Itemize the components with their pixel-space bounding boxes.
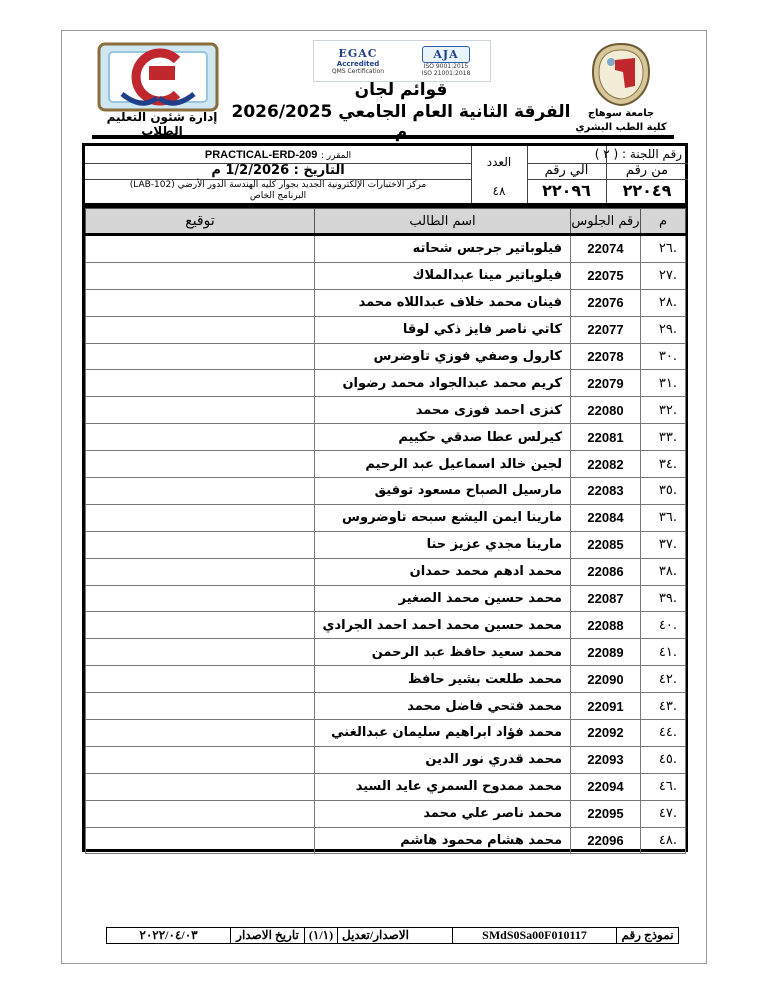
signature-cell[interactable] xyxy=(86,666,315,693)
col-header-signature: توقيع xyxy=(86,209,315,235)
to-label: الي رقم xyxy=(527,163,606,179)
seat-number: 22080 xyxy=(571,397,641,424)
table-row: .٢٩22077كاتي ناصر فايز ذكي لوقا xyxy=(86,316,686,343)
signature-cell[interactable] xyxy=(86,397,315,424)
row-index: .٢٧ xyxy=(641,262,686,289)
egac-logo-icon: EGAC Accredited QMS Certification xyxy=(314,41,402,81)
student-name: محمد ناصر علي محمد xyxy=(315,800,571,827)
row-index: .٤٨ xyxy=(641,827,686,854)
student-name: فيلوباتير جرجس شحاته xyxy=(315,235,571,263)
student-name: محمد طلعت بشير حافظ xyxy=(315,666,571,693)
table-row: .٣٤22082لجين خالد اسماعيل عبد الرحيم xyxy=(86,451,686,478)
student-name: فيلوباتير مينا عبدالملاك xyxy=(315,262,571,289)
issue-date-label: تاريخ الاصدار xyxy=(230,928,304,943)
seat-number: 22094 xyxy=(571,773,641,800)
signature-cell[interactable] xyxy=(86,800,315,827)
seat-number: 22091 xyxy=(571,693,641,720)
table-row: .٣٩22087محمد حسين محمد الصغير xyxy=(86,585,686,612)
row-index: .٤٥ xyxy=(641,746,686,773)
student-name: محمد حسين محمد الصغير xyxy=(315,585,571,612)
col-header-student-name: اسم الطالب xyxy=(315,209,571,235)
revision-value: (١/١) xyxy=(304,928,337,943)
signature-cell[interactable] xyxy=(86,289,315,316)
table-row: .٣٠22078كارول وصفي فوزي تاوضرس xyxy=(86,343,686,370)
signature-cell[interactable] xyxy=(86,424,315,451)
table-row: .٤٧22095محمد ناصر علي محمد xyxy=(86,800,686,827)
signature-cell[interactable] xyxy=(86,585,315,612)
row-index: .٢٦ xyxy=(641,235,686,263)
row-index: .٤٤ xyxy=(641,720,686,747)
certification-logos: EGAC Accredited QMS Certification AJA IS… xyxy=(313,40,491,82)
student-affairs-label: إدارة شئون التعليم الطلاب xyxy=(97,110,227,138)
committee-number: رقم اللجنة : ( ٢ ) xyxy=(527,146,688,163)
row-index: .٣٠ xyxy=(641,343,686,370)
seat-number: 22088 xyxy=(571,612,641,639)
col-header-seat-number: رقم الجلوس xyxy=(571,209,641,235)
seat-number: 22081 xyxy=(571,424,641,451)
signature-cell[interactable] xyxy=(86,262,315,289)
seat-number: 22083 xyxy=(571,478,641,505)
table-row: .٣١22079كريم محمد عبدالجواد محمد رضوان xyxy=(86,370,686,397)
student-name: كريم محمد عبدالجواد محمد رضوان xyxy=(315,370,571,397)
issue-date-value: ٢٠٢٢/٠٤/٠٣ xyxy=(107,928,230,943)
form-number-value: SMdS0Sa00F010117 xyxy=(452,928,616,943)
row-index: .٢٨ xyxy=(641,289,686,316)
signature-cell[interactable] xyxy=(86,316,315,343)
row-index: .٤٢ xyxy=(641,666,686,693)
student-name: محمد حسين محمد احمد احمد الجرادي xyxy=(315,612,571,639)
student-name: محمد ادهم محمد حمدان xyxy=(315,558,571,585)
student-name: مارسيل الصباح مسعود توفيق xyxy=(315,478,571,505)
seat-number: 22075 xyxy=(571,262,641,289)
signature-cell[interactable] xyxy=(86,827,315,854)
row-index: .٣٢ xyxy=(641,397,686,424)
student-roster: م رقم الجلوس اسم الطالب توقيع .٢٦22074في… xyxy=(82,205,688,852)
signature-cell[interactable] xyxy=(86,370,315,397)
seat-number: 22085 xyxy=(571,531,641,558)
student-name: كارول وصفي فوزي تاوضرس xyxy=(315,343,571,370)
seat-number: 22082 xyxy=(571,451,641,478)
student-affairs-logo-icon xyxy=(97,42,219,112)
seat-number: 22087 xyxy=(571,585,641,612)
table-row: .٣٥22083مارسيل الصباح مسعود توفيق xyxy=(86,478,686,505)
table-row: .٣٣22081كيرلس عطا صدقي حكييم xyxy=(86,424,686,451)
document-header: إدارة شئون التعليم الطلاب EGAC Accredite… xyxy=(61,30,707,138)
exam-date: التاريخ : 1/2/2026 م xyxy=(85,163,471,179)
signature-cell[interactable] xyxy=(86,478,315,505)
signature-cell[interactable] xyxy=(86,235,315,263)
table-row: .٤٠22088محمد حسين محمد احمد احمد الجرادي xyxy=(86,612,686,639)
table-row: .٤٣22091محمد فتحي فاضل محمد xyxy=(86,693,686,720)
signature-cell[interactable] xyxy=(86,693,315,720)
table-row: .٤٦22094محمد ممدوح السمري عايد السيد xyxy=(86,773,686,800)
seat-number: 22096 xyxy=(571,827,641,854)
table-row: .٤٨22096محمد هشام محمود هاشم xyxy=(86,827,686,854)
signature-cell[interactable] xyxy=(86,343,315,370)
student-name: لجين خالد اسماعيل عبد الرحيم xyxy=(315,451,571,478)
row-index: .٢٩ xyxy=(641,316,686,343)
student-name: محمد ممدوح السمري عايد السيد xyxy=(315,773,571,800)
exam-location: مركز الاختبارات الإلكترونية الجديد بجوار… xyxy=(85,179,471,203)
row-index: .٣٨ xyxy=(641,558,686,585)
table-row: .٤٥22093محمد قدري نور الدين xyxy=(86,746,686,773)
table-header-row: م رقم الجلوس اسم الطالب توقيع xyxy=(86,209,686,235)
seat-number: 22077 xyxy=(571,316,641,343)
row-index: .٣٤ xyxy=(641,451,686,478)
seat-number: 22074 xyxy=(571,235,641,263)
signature-cell[interactable] xyxy=(86,639,315,666)
row-index: .٣٥ xyxy=(641,478,686,505)
roster-table: م رقم الجلوس اسم الطالب توقيع .٢٦22074في… xyxy=(85,208,686,854)
from-label: من رقم xyxy=(606,163,688,179)
table-row: .٣٢22080كنزى احمد فوزى محمد xyxy=(86,397,686,424)
document-title: قوائم لجان xyxy=(271,80,531,100)
revision-label: الاصدار/تعديل xyxy=(337,928,452,943)
student-name: محمد فتحي فاضل محمد xyxy=(315,693,571,720)
table-row: .٤٤22092محمد فؤاد ابراهيم سليمان عبدالغن… xyxy=(86,720,686,747)
row-index: .٣٣ xyxy=(641,424,686,451)
student-name: محمد سعيد حافظ عبد الرحمن xyxy=(315,639,571,666)
row-index: .٤٠ xyxy=(641,612,686,639)
signature-cell[interactable] xyxy=(86,451,315,478)
row-index: .٤٦ xyxy=(641,773,686,800)
seat-number: 22076 xyxy=(571,289,641,316)
signature-cell[interactable] xyxy=(86,746,315,773)
student-name: كيرلس عطا صدقي حكييم xyxy=(315,424,571,451)
student-name: محمد فؤاد ابراهيم سليمان عبدالغني xyxy=(315,720,571,747)
row-index: .٣٧ xyxy=(641,531,686,558)
course-info: المقرر : PRACTICAL-ERD-209 xyxy=(85,146,471,163)
table-row: .٤١22089محمد سعيد حافظ عبد الرحمن xyxy=(86,639,686,666)
signature-cell[interactable] xyxy=(86,720,315,747)
seat-number: 22078 xyxy=(571,343,641,370)
row-index: .٤٣ xyxy=(641,693,686,720)
row-index: .٣٩ xyxy=(641,585,686,612)
seat-number: 22079 xyxy=(571,370,641,397)
seat-number: 22095 xyxy=(571,800,641,827)
student-name: محمد هشام محمود هاشم xyxy=(315,827,571,854)
student-name: مارينا ايمن اليشع سبحه تاوضروس xyxy=(315,504,571,531)
seat-number: 22089 xyxy=(571,639,641,666)
table-row: .٢٨22076فينان محمد خلاف عبداللاه محمد xyxy=(86,289,686,316)
header-divider xyxy=(92,135,674,139)
table-row: .٤٢22090محمد طلعت بشير حافظ xyxy=(86,666,686,693)
row-index: .٤١ xyxy=(641,639,686,666)
seat-number: 22092 xyxy=(571,720,641,747)
from-value: ٢٢٠٤٩ xyxy=(606,179,688,203)
row-index: .٤٧ xyxy=(641,800,686,827)
sohag-university-logo-icon xyxy=(591,42,651,107)
signature-cell[interactable] xyxy=(86,612,315,639)
row-index: .٣١ xyxy=(641,370,686,397)
committee-info: رقم اللجنة : ( ٢ ) من رقم الي رقم ٢٢٠٤٩ … xyxy=(82,143,688,206)
student-name: كاتي ناصر فايز ذكي لوقا xyxy=(315,316,571,343)
seat-number: 22093 xyxy=(571,746,641,773)
signature-cell[interactable] xyxy=(86,773,315,800)
signature-cell[interactable] xyxy=(86,531,315,558)
student-name: مارينا مجدي عزيز حنا xyxy=(315,531,571,558)
form-footer: نموذج رقم SMdS0Sa00F010117 الاصدار/تعديل… xyxy=(106,927,679,944)
table-row: .٣٧22085مارينا مجدي عزيز حنا xyxy=(86,531,686,558)
count-value: ٤٨ xyxy=(471,179,527,203)
student-name: فينان محمد خلاف عبداللاه محمد xyxy=(315,289,571,316)
university-label: جامعة سوهاج كلية الطب البشري xyxy=(561,107,681,135)
signature-cell[interactable] xyxy=(86,504,315,531)
table-row: .٣٦22084مارينا ايمن اليشع سبحه تاوضروس xyxy=(86,504,686,531)
seat-number: 22084 xyxy=(571,504,641,531)
seat-number: 22086 xyxy=(571,558,641,585)
table-row: .٢٧22075فيلوباتير مينا عبدالملاك xyxy=(86,262,686,289)
student-name: كنزى احمد فوزى محمد xyxy=(315,397,571,424)
signature-cell[interactable] xyxy=(86,558,315,585)
seat-number: 22090 xyxy=(571,666,641,693)
count-label: العدد xyxy=(471,146,527,179)
form-number-label: نموذج رقم xyxy=(616,928,678,943)
aja-logo-icon: AJA ISO 9001:2015 ISO 21001:2018 xyxy=(402,41,490,81)
col-header-index: م xyxy=(641,209,686,235)
table-row: .٢٦22074فيلوباتير جرجس شحاته xyxy=(86,235,686,263)
row-index: .٣٦ xyxy=(641,504,686,531)
table-row: .٣٨22086محمد ادهم محمد حمدان xyxy=(86,558,686,585)
to-value: ٢٢٠٩٦ xyxy=(527,179,606,203)
student-name: محمد قدري نور الدين xyxy=(315,746,571,773)
